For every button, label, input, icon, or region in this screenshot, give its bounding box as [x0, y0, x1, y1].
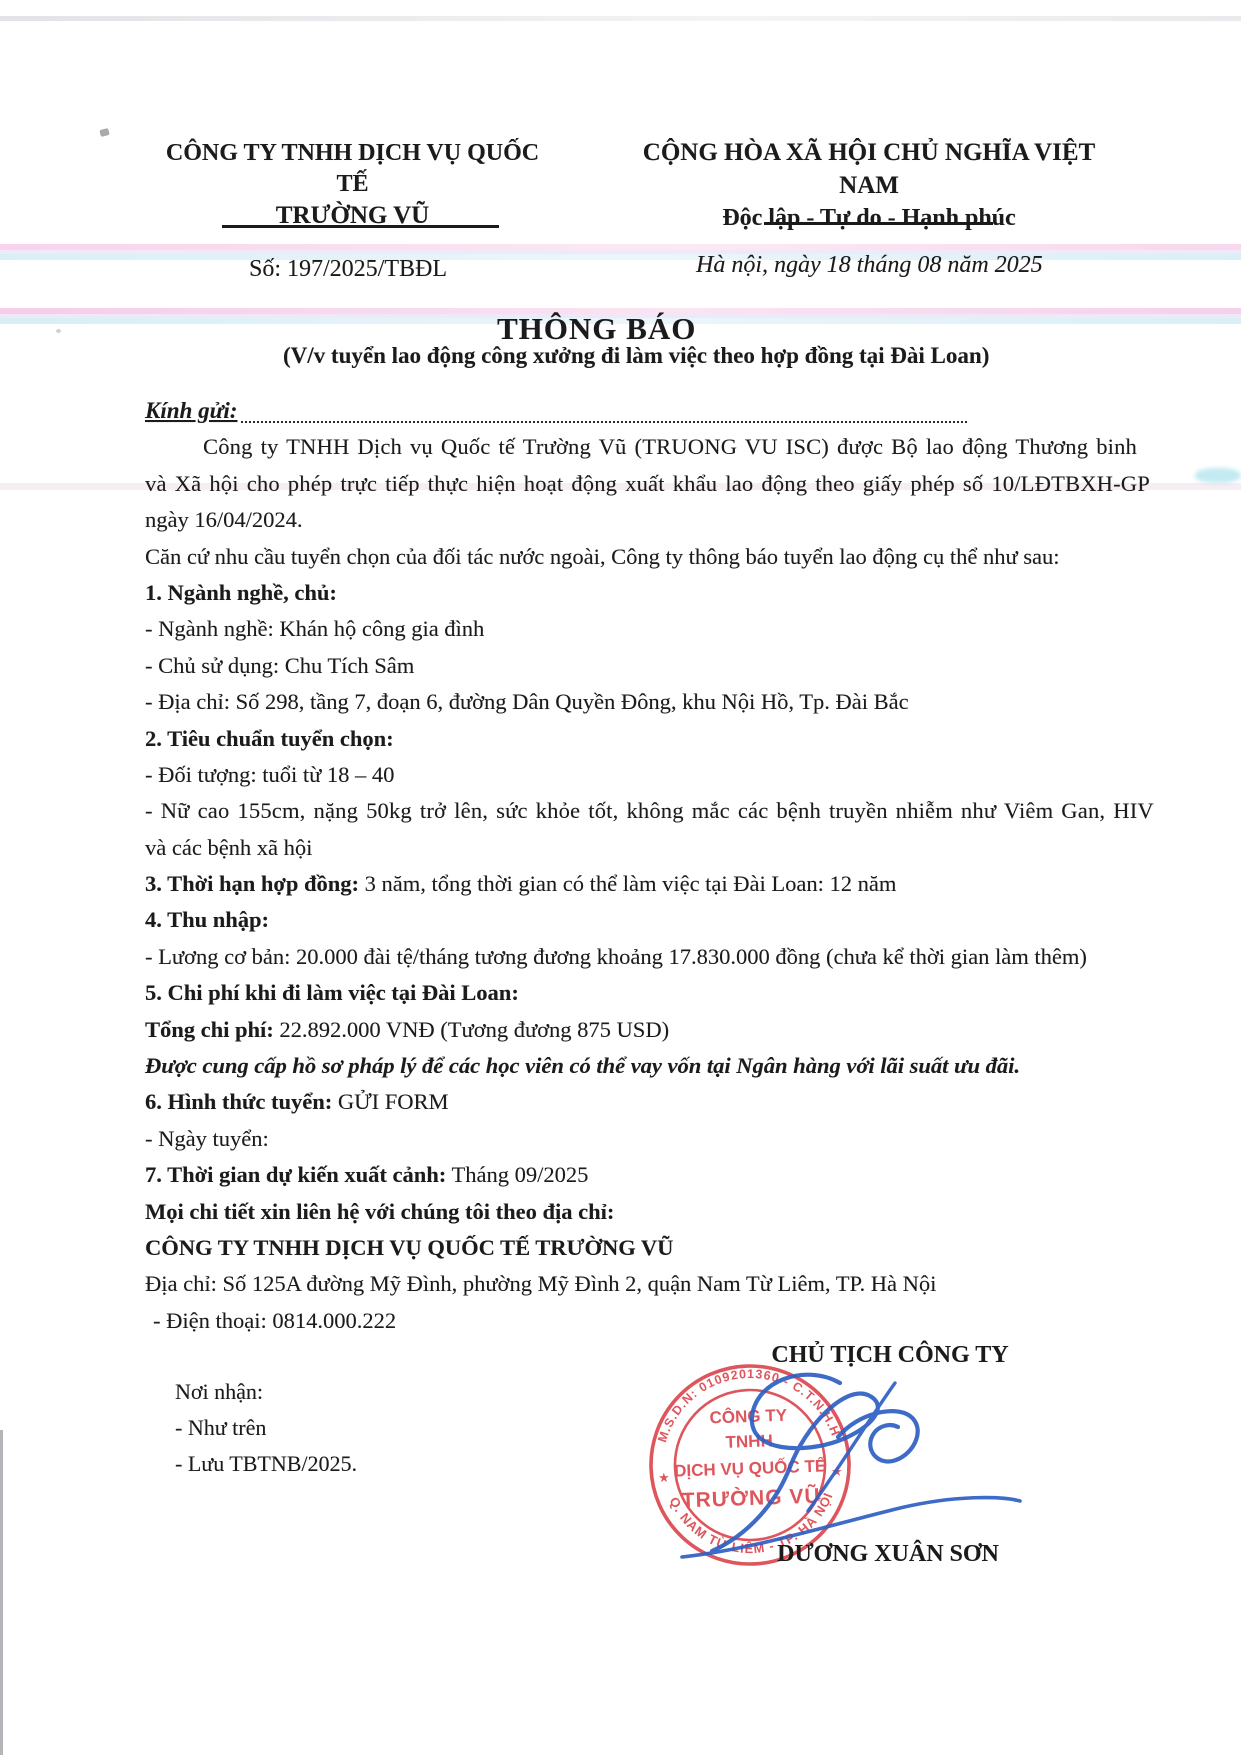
salutation-label: Kính gửi: [145, 393, 237, 429]
contact-intro: Mọi chi tiết xin liên hệ với chúng tôi t… [145, 1194, 1113, 1230]
section-2-item-continued: và các bệnh xã hội [145, 830, 1113, 866]
scan-artifact-patch [1195, 468, 1241, 483]
document-number: Số: 197/2025/TBĐL [249, 256, 447, 283]
stamp-text-line3: DỊCH VỤ QUỐC TẾ [674, 1455, 827, 1480]
recipient-item: - Như trên [175, 1410, 357, 1446]
scan-artifact-band [0, 244, 1241, 250]
scan-edge-line [0, 1430, 3, 1755]
document-body: Kính gửi: Công ty TNHH Dịch vụ Quốc tế T… [145, 393, 1113, 1339]
stamp-text-line4: TRƯỜNG VŨ [681, 1484, 821, 1513]
recipients-block: Nơi nhận: - Như trên - Lưu TBTNB/2025. [175, 1374, 357, 1482]
section-1-item: - Địa chỉ: Số 298, tầng 7, đoạn 6, đường… [145, 684, 1113, 720]
section-4-item: - Lương cơ bản: 20.000 đài tệ/tháng tươn… [145, 939, 1113, 975]
company-round-stamp: M.S.D.N: 0109201360 - C.T.N.H.H Q. NAM T… [648, 1363, 853, 1568]
document-subtitle: (V/v tuyển lao động công xưởng đi làm vi… [283, 343, 989, 369]
section-3-text: 3 năm, tổng thời gian có thể làm việc tạ… [359, 871, 896, 896]
scan-artifact-band [0, 250, 1241, 254]
section-2-item: - Đối tượng: tuổi từ 18 – 40 [145, 757, 1113, 793]
national-motto: Độc lập - Tự do - Hạnh phúc [640, 202, 1098, 235]
header-rule-left [222, 225, 499, 228]
scan-artifact-band [0, 16, 1241, 21]
total-cost-label: Tổng chi phí: [145, 1017, 274, 1042]
company-name-line1: CÔNG TY TNHH DỊCH VỤ QUỐC TẾ [150, 138, 555, 200]
intro-paragraph-line: ngày 16/04/2024. [145, 502, 1113, 538]
header-rule-right [764, 222, 993, 225]
intro-paragraph-line: và Xã hội cho phép trực tiếp thực hiện h… [145, 466, 1113, 502]
section-7-heading: 7. Thời gian dự kiến xuất cảnh: [145, 1162, 446, 1187]
section-7-text: Tháng 09/2025 [446, 1162, 588, 1187]
document-title: THÔNG BÁO [497, 311, 696, 347]
section-2-item: - Nữ cao 155cm, nặng 50kg trở lên, sức k… [145, 793, 1113, 829]
section-6-item: - Ngày tuyển: [145, 1121, 1113, 1157]
section-1-heading: 1. Ngành nghề, chủ: [145, 575, 1113, 611]
total-cost-value: 22.892.000 VNĐ (Tương đương 875 USD) [274, 1017, 669, 1042]
section-3-heading: 3. Thời hạn hợp đồng: [145, 871, 359, 896]
section-3-line: 3. Thời hạn hợp đồng: 3 năm, tổng thời g… [145, 866, 1113, 902]
dotted-leader [241, 421, 967, 423]
recipient-item: - Lưu TBTNB/2025. [175, 1446, 357, 1482]
section-6-line: 6. Hình thức tuyển: GỬI FORM [145, 1084, 1113, 1120]
stamp-star-left-icon: ★ [658, 1470, 670, 1485]
section-6-heading: 6. Hình thức tuyển: [145, 1089, 332, 1114]
section-6-text: GỬI FORM [332, 1089, 448, 1114]
loan-support-note: Được cung cấp hồ sơ pháp lý để các học v… [145, 1048, 1113, 1084]
scan-speck [56, 329, 61, 333]
section-1-item: - Ngành nghề: Khán hộ công gia đình [145, 611, 1113, 647]
issuing-company-block: CÔNG TY TNHH DỊCH VỤ QUỐC TẾ TRƯỜNG VŨ [150, 138, 555, 231]
section-7-line: 7. Thời gian dự kiến xuất cảnh: Tháng 09… [145, 1157, 1113, 1193]
issue-date: Hà nội, ngày 18 tháng 08 năm 2025 [696, 252, 1043, 279]
section-5-total-line: Tổng chi phí: 22.892.000 VNĐ (Tương đươn… [145, 1012, 1113, 1048]
national-title: CỘNG HÒA XÃ HỘI CHỦ NGHĨA VIỆT NAM [640, 136, 1098, 202]
intro-paragraph-line: Công ty TNHH Dịch vụ Quốc tế Trường Vũ (… [145, 429, 1113, 465]
recipients-label: Nơi nhận: [175, 1374, 357, 1410]
contact-company-name: CÔNG TY TNHH DỊCH VỤ QUỐC TẾ TRƯỜNG VŨ [145, 1230, 1113, 1266]
national-motto-block: CỘNG HÒA XÃ HỘI CHỦ NGHĨA VIỆT NAM Độc l… [640, 136, 1098, 235]
section-5-heading: 5. Chi phí khi đi làm việc tại Đài Loan: [145, 975, 1113, 1011]
scan-artifact-band [0, 254, 1241, 260]
basis-paragraph: Căn cứ nhu cầu tuyển chọn của đối tác nư… [145, 539, 1113, 575]
scan-speck [99, 128, 109, 137]
signer-name: DƯƠNG XUÂN SƠN [733, 1541, 1043, 1568]
section-4-heading: 4. Thu nhập: [145, 902, 1113, 938]
scanned-document-page: CÔNG TY TNHH DỊCH VỤ QUỐC TẾ TRƯỜNG VŨ C… [0, 0, 1241, 1755]
section-2-heading: 2. Tiêu chuẩn tuyển chọn: [145, 721, 1113, 757]
stamp-text-line1: CÔNG TY [709, 1406, 788, 1428]
salutation-line: Kính gửi: [145, 393, 967, 429]
section-1-item: - Chủ sử dụng: Chu Tích Sâm [145, 648, 1113, 684]
